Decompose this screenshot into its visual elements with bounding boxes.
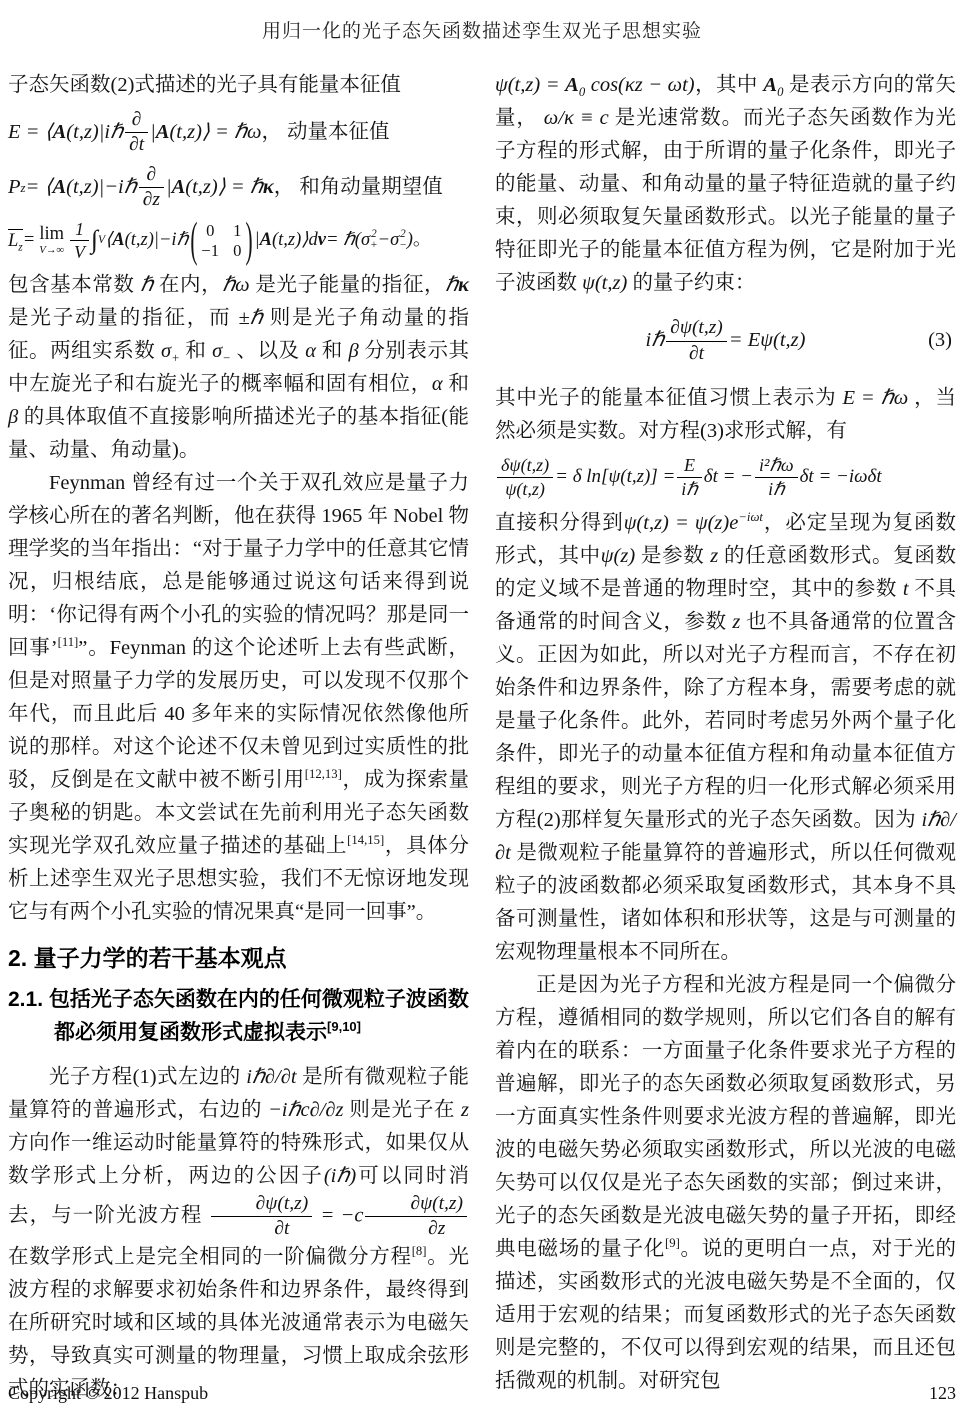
math-run: (t,z)⟩ = ℏω: [169, 120, 261, 146]
math-run: ∂∂z: [139, 164, 164, 212]
math-run: A: [156, 120, 170, 146]
math-run: ω/κ ≡ c: [544, 107, 609, 129]
formula-energy-eigenvalue: E = ⟨A(t,z)|iℏ∂∂t|A(t,z)⟩ = ℏω， 动量本征值: [8, 109, 469, 157]
math-run: ±ℏ: [238, 307, 262, 329]
math-run: iℏ: [646, 328, 665, 354]
text-run: ， 和角动量期望值: [274, 175, 443, 201]
math-run: β: [348, 340, 358, 362]
text-run: 直接积分得到: [495, 512, 624, 534]
math-run: v: [318, 229, 326, 252]
math-run: α: [432, 373, 443, 395]
math-run: Lz: [8, 229, 23, 251]
math-run: ψ(t,z) =: [495, 74, 565, 96]
math-run: ∂∂t: [125, 109, 148, 157]
text-run: 是微观粒子能量算符的普遍形式，所以任何微观粒子的波函数都必须采取复函数形式，其本…: [495, 842, 956, 963]
text-run: 是参数: [635, 545, 710, 567]
page-number: 123: [929, 1383, 956, 1404]
para-lightwave-solution: ψ(t,z) = A0 cos(κz − ωt)，其中 A0 是表示方向的常矢量…: [495, 69, 956, 300]
math-run: (t,z)|−iℏ: [66, 175, 137, 201]
math-run: A: [565, 74, 579, 96]
equation-body: iℏ∂ψ(t,z)∂t = Eψ(t,z): [646, 317, 806, 365]
math-run: = Eψ(t,z): [729, 328, 806, 354]
text-run: ”。Feynman 的这个论述听上去有些武断，但是对照量子力学的发展历史，可以发…: [8, 637, 469, 791]
math-run: [14,15]: [347, 833, 384, 847]
math-run: ℏ: [140, 274, 153, 296]
equation-number: (3): [928, 328, 952, 354]
math-run: (t,z)|−iℏ: [125, 229, 189, 252]
para-photon-equation: 光子方程(1)式左边的 iℏ∂/∂t 是所有微观粒子能量算符的普遍形式，右边的 …: [8, 1061, 469, 1406]
text-run: 的量子约束：: [627, 272, 755, 294]
math-run: [9,10]: [327, 1019, 361, 1034]
math-run: ψ(t,z): [582, 272, 627, 294]
text-run: 其中光子的能量本征值习惯上表示为: [495, 387, 842, 409]
math-run: κ: [458, 274, 469, 296]
math-run: σ: [161, 340, 171, 362]
math-run: (t,z)⟩ = ℏ: [185, 175, 263, 201]
text-run: ， 动量本征值: [261, 120, 389, 146]
math-run: [9]: [665, 1236, 680, 1250]
para-coefficients: 包含基本常数 ℏ 在内，ℏω 是光子能量的指征，ℏκ 是光子动量的指征，而 ±ℏ…: [8, 269, 469, 467]
text-run: 也不具备通常的位置含义。正因为如此，所以对光子方程而言，不存在初始条件和边界条件…: [495, 611, 956, 831]
text-run: 2. 量子力学的若干基本观点: [8, 945, 287, 971]
text-run: 和: [316, 340, 348, 362]
text-run: 和: [443, 373, 469, 395]
math-run: −iℏc∂/∂z: [268, 1099, 344, 1121]
math-run: A: [112, 229, 124, 252]
math-run: ℏω: [222, 274, 249, 296]
math-run: 2−: [399, 229, 407, 252]
math-run: −iωt: [738, 510, 763, 524]
math-run: ∂ψ(t,z)∂z: [365, 1193, 467, 1241]
math-run: i²ℏωiℏ: [755, 455, 798, 500]
paper-page: 用归一化的光子态矢函数描述孪生双光子思想实验 子态矢函数(2)式描述的光子具有能…: [0, 0, 964, 1414]
math-run: [12,13]: [305, 767, 342, 781]
math-run: δt = −: [704, 465, 753, 489]
running-head-title: 用归一化的光子态矢函数描述孪生双光子思想实验: [8, 16, 956, 43]
text-run: 和: [180, 340, 212, 362]
math-run: = δ ln[ψ(t,z)] =: [555, 465, 675, 489]
math-run: ψ(t,z) = ψ(z)e: [624, 512, 739, 534]
math-run: −σ: [378, 229, 400, 252]
copyright-notice: Copyright © 2012 Hanspub: [8, 1383, 208, 1404]
text-run: 。: [413, 229, 432, 252]
text-run: 的具体取值不直接影响所描述光子的基本指征(能量、动量、角动量)。: [8, 406, 469, 461]
right-column: ψ(t,z) = A0 cos(κz − ωt)，其中 A0 是表示方向的常矢量…: [495, 69, 956, 1406]
para-photon-vs-lightwave: 正是因为光子方程和光波方程是同一个偏微分方程，遵循相同的数学规则，所以它们各自的…: [495, 969, 956, 1398]
text-run: 2.1. 包括光子态矢函数在内的任何微观粒子波函数都必须用复函数形式虚拟表示: [8, 988, 469, 1044]
text-run: 子态矢函数(2)式描述的光子具有能量本征值: [8, 74, 401, 96]
math-run: = −c: [314, 1205, 363, 1227]
math-run: (01−10): [190, 221, 252, 260]
text-run: 。光波方程的求解要求初始条件和边界条件，最终得到在所研究时域和区域的具体光波通常…: [8, 1246, 469, 1400]
text-run: Feynman 曾经有过一个关于双孔效应是量子力学核心所在的著名判断，他在获得 …: [8, 472, 469, 659]
heading-section-2: 2. 量子力学的若干基本观点: [8, 943, 469, 974]
para-intro-line: 子态矢函数(2)式描述的光子具有能量本征值: [8, 69, 469, 102]
math-run: z: [710, 545, 718, 567]
heading-section-2-1: 2.1. 包括光子态矢函数在内的任何微观粒子波函数都必须用复函数形式虚拟表示[9…: [8, 984, 469, 1049]
math-run: κ: [263, 175, 274, 201]
text-run: 正是因为光子方程和光波方程是同一个偏微分方程，遵循相同的数学规则，所以它们各自的…: [495, 974, 956, 1260]
math-run: E = ⟨: [8, 120, 53, 146]
math-run: 2+: [370, 229, 378, 252]
math-run: =: [23, 229, 35, 252]
math-run: (t,z)|iℏ: [66, 120, 123, 146]
para-integration-result: 直接积分得到ψ(t,z) = ψ(z)e−iωt，必定呈现为复函数形式，其中ψ(…: [495, 507, 956, 969]
text-run: 是光速常数。而光子态矢函数作为光子方程的形式解，由于所谓的量子化条件，即光子的能…: [495, 107, 956, 294]
math-run: δt = −iωδt: [800, 465, 882, 489]
math-run: ∫: [91, 227, 98, 253]
math-run: cos(κz − ωt): [585, 74, 694, 96]
math-run: Eiℏ: [677, 455, 701, 500]
text-run: 光子方程(1)式左边的: [49, 1066, 246, 1088]
text-run: 在数学形式上是完全相同的一阶偏微分方程: [8, 1246, 412, 1268]
math-run: P: [8, 175, 21, 201]
math-run: ψ(z): [601, 545, 635, 567]
text-run: 是光子动量的指征，而: [8, 307, 238, 329]
math-run: = ⟨: [25, 175, 52, 201]
math-run: E = ℏω: [842, 387, 908, 409]
math-run: 1V: [70, 219, 89, 262]
text-run: 包含基本常数: [8, 274, 140, 296]
two-column-body: 子态矢函数(2)式描述的光子具有能量本征值E = ⟨A(t,z)|iℏ∂∂t|A…: [8, 69, 956, 1406]
math-run: (t,z)⟩d: [272, 229, 318, 252]
math-run: iℏ∂/∂t: [246, 1066, 296, 1088]
math-run: ∂ψ(t,z)∂t: [666, 317, 727, 365]
para-energy-eigenvalue-real: 其中光子的能量本征值习惯上表示为 E = ℏω ，当然必须是实数。对方程(3)求…: [495, 382, 956, 448]
equation-3: iℏ∂ψ(t,z)∂t = Eψ(t,z)(3): [495, 312, 956, 370]
math-run: δψ(t,z)ψ(t,z): [497, 455, 553, 500]
text-run: ，其中: [695, 74, 764, 96]
text-run: 、以及: [231, 340, 305, 362]
math-run: β: [8, 406, 18, 428]
formula-angular-momentum: Lz = limV→∞1V∫V⟨A(t,z)|−iℏ(01−10)|A(t,z)…: [8, 219, 469, 262]
math-run: (iℏ): [324, 1165, 356, 1187]
math-run: ℏ: [445, 274, 458, 296]
formula-delta-derivation: δψ(t,z)ψ(t,z) = δ ln[ψ(t,z)] = Eiℏδt = −…: [495, 455, 956, 500]
math-run: z: [461, 1099, 469, 1121]
formula-momentum-eigenvalue: Pz = ⟨A(t,z)|−iℏ∂∂z|A(t,z)⟩ = ℏκ， 和角动量期望…: [8, 164, 469, 212]
math-run: +: [171, 351, 180, 365]
math-run: A: [763, 74, 777, 96]
math-run: limV→∞: [39, 225, 64, 256]
math-run: A: [260, 229, 272, 252]
math-run: A: [53, 120, 67, 146]
left-column: 子态矢函数(2)式描述的光子具有能量本征值E = ⟨A(t,z)|iℏ∂∂t|A…: [8, 69, 469, 1406]
math-run: [11]: [58, 635, 79, 649]
math-run: A: [52, 175, 66, 201]
text-run: 。说的更明白一点，对于光的描述，实函数形式的光波电磁矢势是不全面的，仅适用于宏观…: [495, 1238, 956, 1392]
math-run: A: [172, 175, 186, 201]
page-footer: Copyright © 2012 Hanspub 123: [8, 1383, 956, 1404]
para-feynman: Feynman 曾经有过一个关于双孔效应是量子力学核心所在的著名判断，他在获得 …: [8, 467, 469, 929]
math-run: = ℏ(σ: [326, 229, 370, 252]
math-run: σ: [212, 340, 222, 362]
math-run: ∂ψ(t,z)∂t: [211, 1193, 313, 1241]
text-run: 在内，: [153, 274, 222, 296]
math-run: α: [305, 340, 316, 362]
text-run: 则是光子在: [344, 1099, 462, 1121]
math-run: [8]: [412, 1244, 427, 1258]
text-run: 是光子能量的指征，: [250, 274, 445, 296]
math-run: −: [222, 351, 231, 365]
